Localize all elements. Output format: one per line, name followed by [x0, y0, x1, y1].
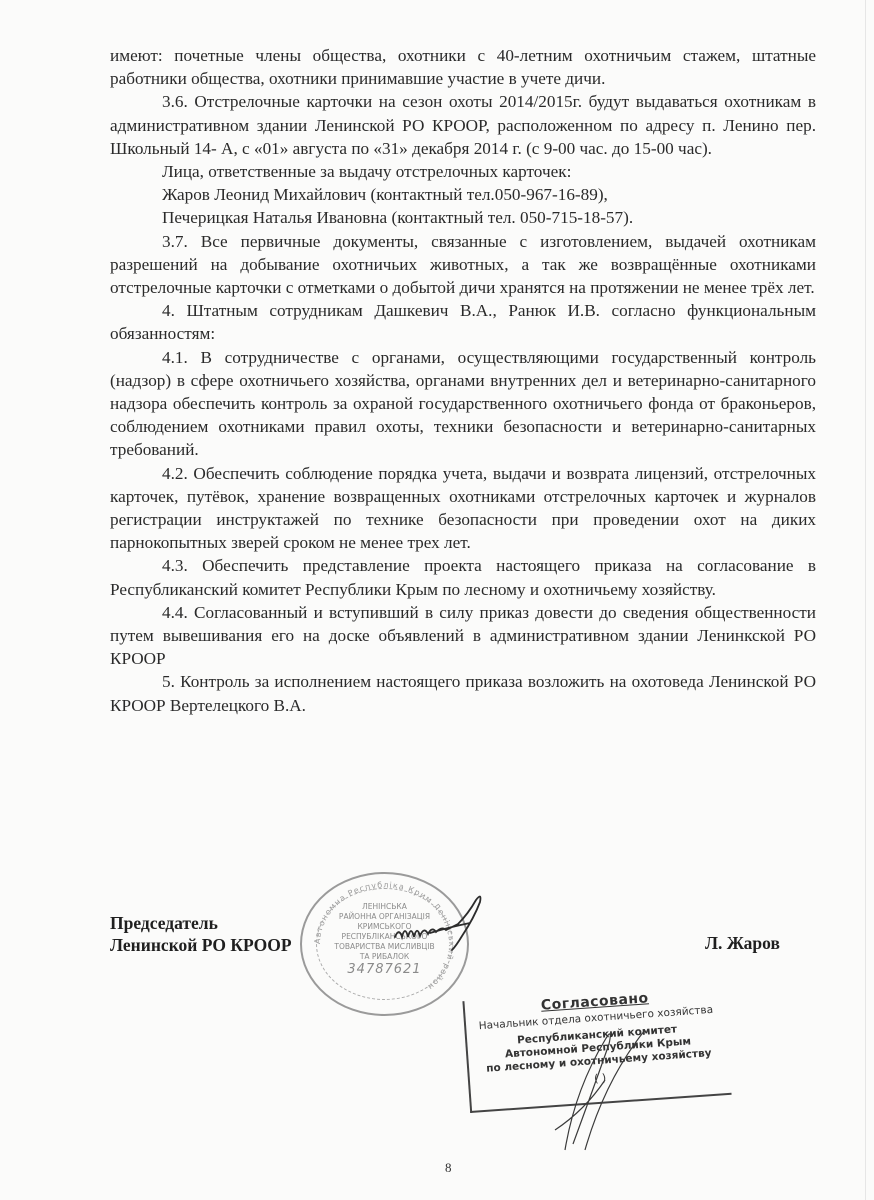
- paragraph-4-4: 4.4. Согласованный и вступивший в силу п…: [110, 601, 816, 671]
- page-number: 8: [445, 1160, 452, 1176]
- paragraph: имеют: почетные члены общества, охотники…: [110, 44, 816, 90]
- paragraph-contact-zharov: Жаров Леонид Михайлович (контактный тел.…: [110, 183, 816, 206]
- signatory-organization: Ленинской РО КРООР: [110, 934, 292, 956]
- paragraph-responsible: Лица, ответственные за выдачу отстрелочн…: [110, 160, 816, 183]
- signatory-position: Председатель: [110, 912, 292, 934]
- paragraph-3-6: 3.6. Отстрелочные карточки на сезон охот…: [110, 90, 816, 160]
- paragraph-5: 5. Контроль за исполнением настоящего пр…: [110, 670, 816, 716]
- paragraph-4-1: 4.1. В сотрудничестве с органами, осущес…: [110, 346, 816, 462]
- handwritten-signature-icon: [390, 895, 500, 955]
- approval-signature-icon: [525, 1000, 665, 1160]
- document-body: имеют: почетные члены общества, охотники…: [110, 44, 816, 717]
- page-edge: [865, 0, 866, 1200]
- paragraph-4-3: 4.3. Обеспечить представление проекта на…: [110, 554, 816, 600]
- paragraph-4: 4. Штатным сотрудникам Дашкевич В.А., Ра…: [110, 299, 816, 345]
- paragraph-contact-pecheritskaya: Печерицкая Наталья Ивановна (контактный …: [110, 206, 816, 229]
- signatory-name: Л. Жаров: [705, 933, 780, 954]
- stamp-code: 34787621: [302, 965, 467, 975]
- paragraph-4-2: 4.2. Обеспечить соблюдение порядка учета…: [110, 462, 816, 555]
- paragraph-3-7: 3.7. Все первичные документы, связанные …: [110, 230, 816, 300]
- signatory-title: Председатель Ленинской РО КРООР: [110, 912, 292, 956]
